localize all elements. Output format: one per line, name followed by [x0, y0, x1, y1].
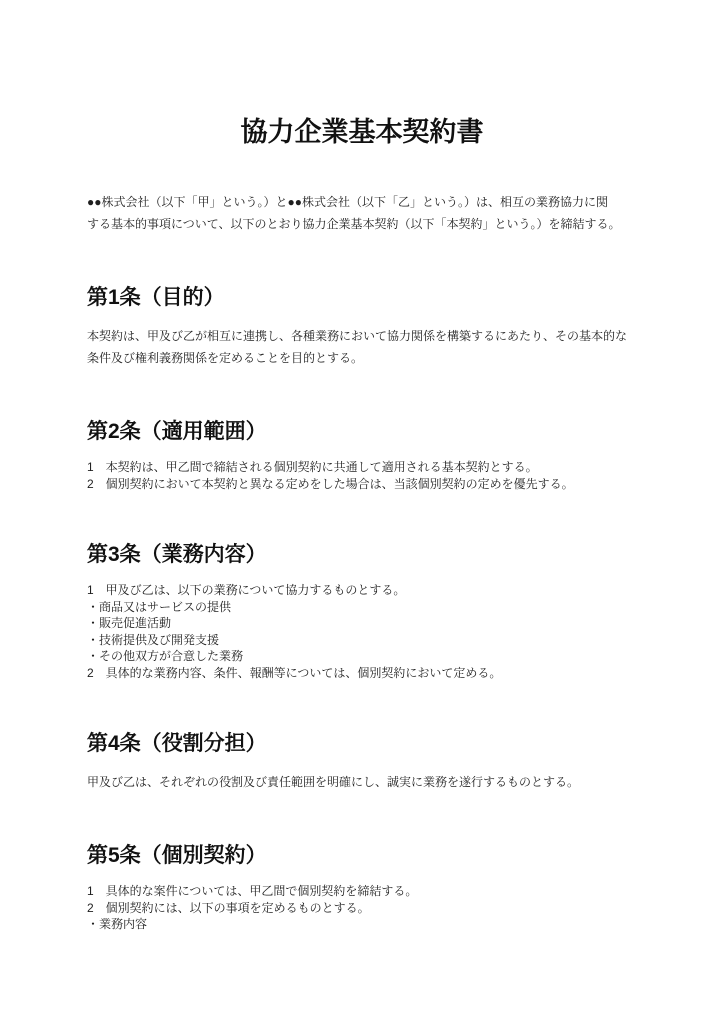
- article-2-section: 第2条（適用範囲） 1 本契約は、甲乙間で締結される個別契約に共通して適用される…: [87, 421, 637, 492]
- article-3-heading: 第3条（業務内容）: [87, 544, 637, 566]
- clause-item: 1 甲及び乙は、以下の業務について協力するものとする。: [87, 582, 637, 599]
- article-4-section: 第4条（役割分担） 甲及び乙は、それぞれの役割及び責任範囲を明確にし、誠実に業務…: [87, 733, 637, 793]
- intro-paragraph: ●●株式会社（以下「甲」という。）と●●株式会社（以下「乙」という。）は、相互の…: [87, 191, 637, 235]
- article-5-clause-list: 1 具体的な案件については、甲乙間で個別契約を締結する。 2 個別契約には、以下…: [87, 883, 637, 933]
- article-2-heading: 第2条（適用範囲）: [87, 421, 637, 443]
- article-1-heading: 第1条（目的）: [87, 287, 637, 309]
- clause-item: 2 個別契約において本契約と異なる定めをした場合は、当該個別契約の定めを優先する…: [87, 476, 637, 493]
- clause-item: 1 具体的な案件については、甲乙間で個別契約を締結する。: [87, 883, 637, 900]
- article-1-section: 第1条（目的） 本契約は、甲及び乙が相互に連携し、各種業務において協力関係を構築…: [87, 287, 637, 369]
- bullet-item: ・商品又はサービスの提供: [87, 599, 637, 616]
- article-5-heading: 第5条（個別契約）: [87, 845, 637, 867]
- article-1-body: 本契約は、甲及び乙が相互に連携し、各種業務において協力関係を構築するにあたり、そ…: [87, 325, 637, 369]
- article-3-clause-list: 1 甲及び乙は、以下の業務について協力するものとする。 ・商品又はサービスの提供…: [87, 582, 637, 681]
- clause-item: 1 本契約は、甲乙間で締結される個別契約に共通して適用される基本契約とする。: [87, 459, 637, 476]
- bullet-item: ・技術提供及び開発支援: [87, 632, 637, 649]
- document-title: 協力企業基本契約書: [87, 118, 637, 146]
- bullet-item: ・販売促進活動: [87, 615, 637, 632]
- bullet-item: ・業務内容: [87, 916, 637, 933]
- contract-document-page: 協力企業基本契約書 ●●株式会社（以下「甲」という。）と●●株式会社（以下「乙」…: [0, 0, 724, 1024]
- article-5-section: 第5条（個別契約） 1 具体的な案件については、甲乙間で個別契約を締結する。 2…: [87, 845, 637, 933]
- clause-item: 2 具体的な業務内容、条件、報酬等については、個別契約において定める。: [87, 665, 637, 682]
- article-4-heading: 第4条（役割分担）: [87, 733, 637, 755]
- clause-item: 2 個別契約には、以下の事項を定めるものとする。: [87, 900, 637, 917]
- bullet-item: ・その他双方が合意した業務: [87, 648, 637, 665]
- article-3-section: 第3条（業務内容） 1 甲及び乙は、以下の業務について協力するものとする。 ・商…: [87, 544, 637, 681]
- article-4-body: 甲及び乙は、それぞれの役割及び責任範囲を明確にし、誠実に業務を遂行するものとする…: [87, 771, 637, 793]
- article-2-clause-list: 1 本契約は、甲乙間で締結される個別契約に共通して適用される基本契約とする。 2…: [87, 459, 637, 492]
